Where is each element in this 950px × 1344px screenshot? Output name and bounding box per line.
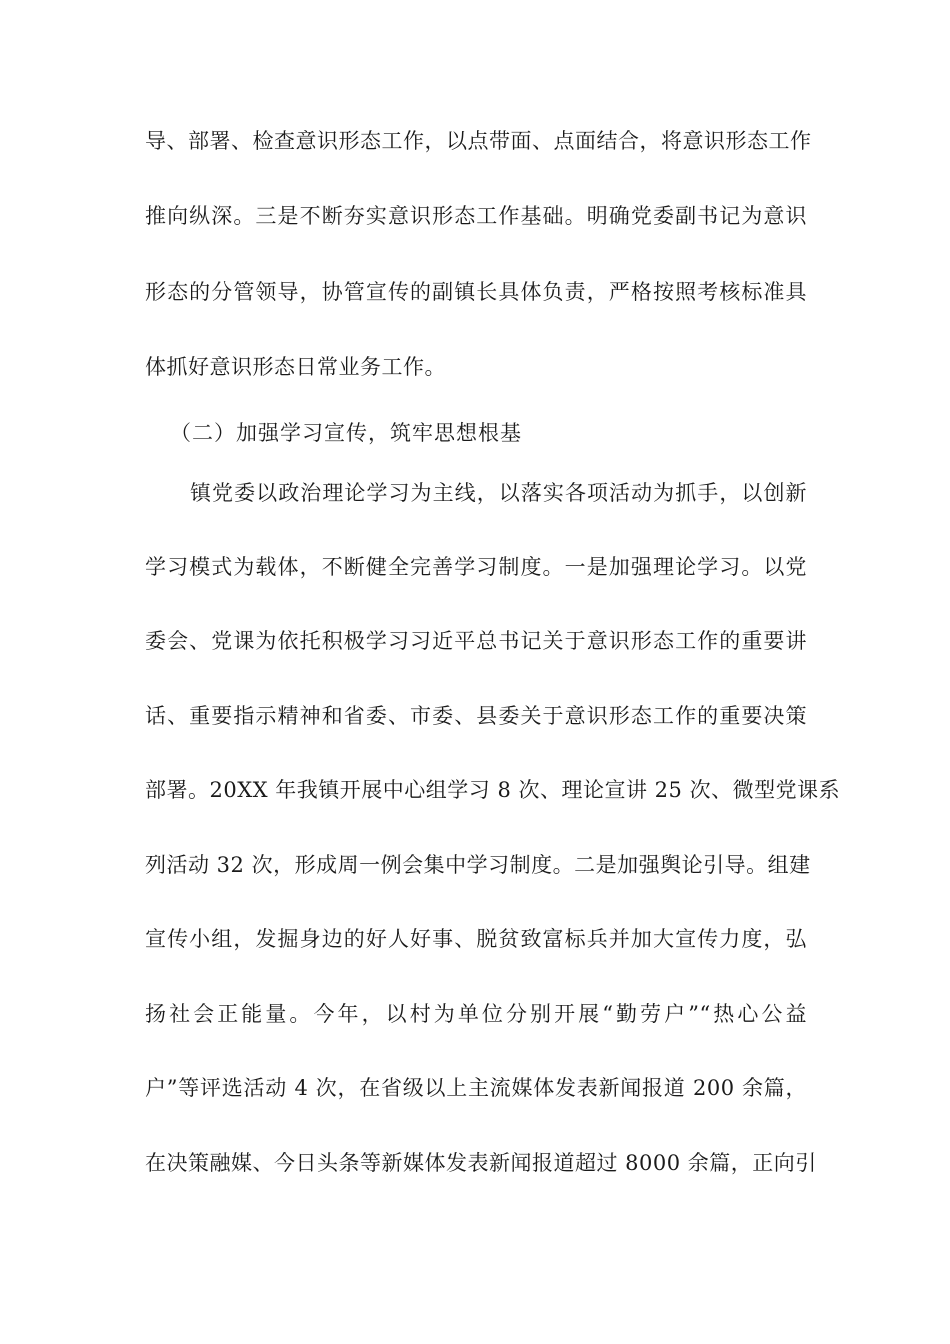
paragraph-line: 户”等评选活动 4 次，在省级以上主流媒体发表新闻报道 200 余篇， xyxy=(145,1073,807,1103)
paragraph-line: 体抓好意识形态日常业务工作。 xyxy=(145,352,807,382)
paragraph-line: 宣传小组，发掘身边的好人好事、脱贫致富标兵并加大宣传力度，弘 xyxy=(145,924,807,954)
paragraph-line: 部署。20XX 年我镇开展中心组学习 8 次、理论宣讲 25 次、微型党课系 xyxy=(145,775,807,805)
paragraph-line: 扬社会正能量。今年，以村为单位分别开展“勤劳户”“热心公益 xyxy=(145,999,807,1029)
section-heading: （二）加强学习宣传，筑牢思想根基 xyxy=(170,418,832,448)
paragraph-line: 学习模式为载体，不断健全完善学习制度。一是加强理论学习。以党 xyxy=(145,552,807,582)
paragraph-line: 话、重要指示精神和省委、市委、县委关于意识形态工作的重要决策 xyxy=(145,701,807,731)
paragraph-line: 形态的分管领导，协管宣传的副镇长具体负责，严格按照考核标准具 xyxy=(145,277,807,307)
document-page: 导、部署、检查意识形态工作，以点带面、点面结合，将意识形态工作 推向纵深。三是不… xyxy=(0,0,950,1344)
paragraph-line: 镇党委以政治理论学习为主线，以落实各项活动为抓手，以创新 xyxy=(190,478,807,508)
paragraph-line: 委会、党课为依托积极学习习近平总书记关于意识形态工作的重要讲 xyxy=(145,626,807,656)
paragraph-line: 推向纵深。三是不断夯实意识形态工作基础。明确党委副书记为意识 xyxy=(145,201,807,231)
paragraph-line: 导、部署、检查意识形态工作，以点带面、点面结合，将意识形态工作 xyxy=(145,126,807,156)
paragraph-line: 列活动 32 次，形成周一例会集中学习制度。二是加强舆论引导。组建 xyxy=(145,850,807,880)
paragraph-line: 在决策融媒、今日头条等新媒体发表新闻报道超过 8000 余篇，正向引 xyxy=(145,1148,807,1178)
